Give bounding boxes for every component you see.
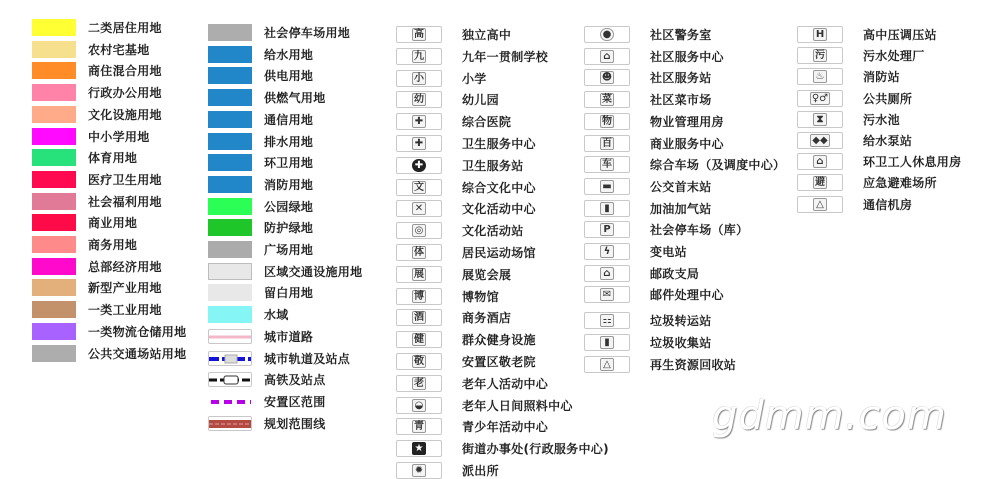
sports-venue-icon: 体 [412, 246, 426, 259]
color-swatch [32, 19, 76, 36]
color-swatch [32, 258, 76, 275]
legend-item: 车综合车场（及调度中心） [584, 154, 785, 174]
legend-label: 卫生服务站 [462, 157, 524, 174]
community-service-center-icon-box: ⌂ [584, 48, 630, 65]
legend-item: 博博物馆 [396, 286, 499, 306]
waste-collection-icon: ▮ [600, 336, 614, 349]
legend-label: 消防用地 [264, 176, 313, 193]
legend-label: 小学 [462, 70, 487, 87]
commercial-service-icon-box: 百 [584, 135, 630, 152]
nursing-home-icon: 敬 [412, 355, 426, 368]
legend-label: 中小学用地 [88, 128, 150, 145]
color-swatch [208, 198, 252, 215]
legend-label: 商业服务中心 [650, 135, 724, 152]
legend-item: ★街道办事处(行政服务中心) [396, 438, 609, 458]
legend-label: 老年人活动中心 [462, 375, 548, 392]
bus-depot-icon-box: 车 [584, 156, 630, 173]
legend-item: 商住混合用地 [32, 60, 162, 80]
legend-label: 再生资源回收站 [650, 356, 736, 373]
color-swatch [208, 24, 252, 41]
legend-label: 应急避难场所 [863, 174, 937, 191]
water-pump-icon-box: ◆◆ [797, 132, 843, 149]
elderly-daycare-icon: ◒ [412, 399, 426, 412]
legend-label: 垃圾转运站 [650, 312, 712, 329]
sewage-pool-icon: ⧗ [813, 113, 827, 126]
legend-item: ◎文化活动站 [396, 220, 524, 240]
legend-item: 消防用地 [208, 174, 313, 194]
legend-label: 文化活动站 [462, 222, 524, 239]
color-swatch [32, 214, 76, 231]
legend-item: 城市道路 [208, 326, 313, 346]
pressure-station-icon: H [813, 28, 827, 41]
legend-item: 社会福利用地 [32, 191, 162, 211]
legend-item: 总部经济用地 [32, 256, 162, 276]
legend-label: 二类居住用地 [88, 19, 162, 36]
legend-item: 体育用地 [32, 147, 137, 167]
community-service-station-icon: ☻ [600, 71, 614, 84]
legend-item: 幼幼儿园 [396, 89, 499, 109]
legend-label: 综合医院 [462, 113, 511, 130]
community-service-center-icon: ⌂ [600, 50, 614, 63]
legend-item: △通信机房 [797, 194, 912, 214]
color-swatch [32, 41, 76, 58]
legend-label: 公园绿地 [264, 198, 313, 215]
telecom-room-icon-box: △ [797, 196, 843, 213]
color-swatch [32, 193, 76, 210]
waste-collection-icon-box: ▮ [584, 334, 630, 351]
hospital-icon-box: ✚ [396, 113, 442, 130]
elderly-daycare-icon-box: ◒ [396, 397, 442, 414]
legend-label: 环卫工人休息用房 [863, 153, 961, 170]
legend-item: 一类物流仓储用地 [32, 321, 186, 341]
legend-item: 污污水处理厂 [797, 45, 925, 65]
legend-item: ϟ变电站 [584, 241, 687, 261]
health-center-icon: ✚ [412, 137, 426, 150]
color-swatch [208, 176, 252, 193]
legend-item: ▬公交首末站 [584, 176, 712, 196]
sub-district-office-icon: ★ [412, 442, 426, 455]
community-police-icon: ● [600, 28, 614, 41]
legend-item: 新型产业用地 [32, 277, 162, 297]
legend-label: 规划范围线 [264, 415, 326, 432]
legend-label: 消防站 [863, 68, 900, 85]
sewage-pool-icon-box: ⧗ [797, 111, 843, 128]
color-swatch [32, 149, 76, 166]
legend-item: 九九年一贯制学校 [396, 46, 548, 66]
emergency-shelter-icon-box: 避 [797, 174, 843, 191]
legend-label: 综合车场（及调度中心） [650, 156, 785, 173]
legend-label: 行政办公用地 [88, 84, 162, 101]
legend-label: 社会停车场（库） [650, 221, 748, 238]
toilet-icon-box: ♀♂ [797, 90, 843, 107]
legend-label: 给水用地 [264, 46, 313, 63]
legend-label: 一类工业用地 [88, 301, 162, 318]
cultural-activity-station-icon-box: ◎ [396, 222, 442, 239]
legend-item: 物物业管理用房 [584, 111, 724, 131]
legend-item: 文综合文化中心 [396, 177, 536, 197]
recycling-icon: △ [600, 358, 614, 371]
color-swatch [32, 62, 76, 79]
legend-label: 社区警务室 [650, 26, 712, 43]
legend-label: 社区菜市场 [650, 91, 712, 108]
elderly-activity-icon-box: 老 [396, 375, 442, 392]
legend-item: 水域 [208, 304, 289, 324]
legend-label: 派出所 [462, 462, 499, 479]
legend-label: 变电站 [650, 243, 687, 260]
legend-label: 商业用地 [88, 214, 137, 231]
cultural-activity-center-icon-box: ✕ [396, 200, 442, 217]
mail-center-icon-box: ✉ [584, 286, 630, 303]
culture-center-icon: 文 [412, 181, 426, 194]
legend-item: 酒商务酒店 [396, 307, 511, 327]
legend-label: 一类物流仓储用地 [88, 323, 186, 340]
legend-label: 通信机房 [863, 196, 912, 213]
legend-label: 通信用地 [264, 111, 313, 128]
legend-item: ✉邮件处理中心 [584, 284, 724, 304]
recycling-icon-box: △ [584, 356, 630, 373]
legend-label: 居民运动场馆 [462, 244, 536, 261]
fire-station-icon: ♨ [813, 70, 827, 83]
legend-label: 水域 [264, 306, 289, 323]
rail-line-icon [208, 372, 252, 387]
commercial-service-icon: 百 [600, 137, 614, 150]
sports-venue-icon-box: 体 [396, 244, 442, 261]
legend-item: ●社区警务室 [584, 24, 712, 44]
primary-school-icon: 小 [412, 72, 426, 85]
color-swatch [32, 279, 76, 296]
color-swatch [32, 171, 76, 188]
emergency-shelter-icon: 避 [813, 176, 827, 189]
legend-item: ✚卫生服务中心 [396, 133, 536, 153]
legend-item: 展展览会展 [396, 264, 511, 284]
substation-icon-box: ϟ [584, 243, 630, 260]
legend-label: 九年一贯制学校 [462, 48, 548, 65]
nine-year-school-icon-box: 九 [396, 48, 442, 65]
toilet-icon: ♀♂ [810, 92, 830, 105]
health-center-icon-box: ✚ [396, 135, 442, 152]
legend-item: 排水用地 [208, 131, 313, 151]
legend-label: 邮件处理中心 [650, 286, 724, 303]
legend-item: 健群众健身设施 [396, 329, 536, 349]
parking-icon-box: P [584, 221, 630, 238]
legend-item: 通信用地 [208, 109, 313, 129]
market-icon-box: 菜 [584, 91, 630, 108]
museum-icon: 博 [412, 290, 426, 303]
legend-label: 医疗卫生用地 [88, 171, 162, 188]
mail-center-icon: ✉ [600, 288, 614, 301]
color-swatch [208, 67, 252, 84]
legend-item: ✚卫生服务站 [396, 155, 524, 175]
legend-item: 商务用地 [32, 234, 137, 254]
legend-item: 青青少年活动中心 [396, 416, 548, 436]
waste-transfer-icon: ⚏ [600, 314, 614, 327]
legend-item: 商业用地 [32, 212, 137, 232]
legend-item: 医疗卫生用地 [32, 169, 162, 189]
youth-center-icon: 青 [412, 420, 426, 433]
legend-item: 城市轨道及站点 [208, 348, 350, 368]
kindergarten-icon-box: 幼 [396, 91, 442, 108]
nursing-home-icon-box: 敬 [396, 353, 442, 370]
sub-district-office-icon-box: ★ [396, 440, 442, 457]
legend-item: P社会停车场（库） [584, 219, 748, 239]
legend-item: 高独立高中 [396, 24, 511, 44]
hotel-icon: 酒 [412, 311, 426, 324]
dashed-line-icon [208, 394, 252, 409]
legend-label: 商务用地 [88, 236, 137, 253]
museum-icon-box: 博 [396, 288, 442, 305]
property-management-icon: 物 [600, 115, 614, 128]
exhibition-icon-box: 展 [396, 266, 442, 283]
fitness-icon-box: 健 [396, 331, 442, 348]
color-swatch [32, 323, 76, 340]
sanitation-rest-icon: ⌂ [813, 155, 827, 168]
elderly-activity-icon: 老 [412, 377, 426, 390]
kindergarten-icon: 幼 [412, 93, 426, 106]
high-school-icon-box: 高 [396, 26, 442, 43]
fire-station-icon-box: ♨ [797, 68, 843, 85]
legend-label: 群众健身设施 [462, 331, 536, 348]
legend-label: 供电用地 [264, 67, 313, 84]
legend-item: ◆◆给水泵站 [797, 130, 912, 150]
legend-item: 敬安置区敬老院 [396, 351, 536, 371]
post-office-icon: ⌂ [600, 267, 614, 280]
legend-label: 物业管理用房 [650, 113, 724, 130]
legend-label: 排水用地 [264, 133, 313, 150]
legend-label: 农村宅基地 [88, 41, 150, 58]
legend-item: 老老年人活动中心 [396, 373, 548, 393]
legend-label: 体育用地 [88, 149, 137, 166]
legend-label: 公共交通场站用地 [88, 345, 186, 362]
legend-label: 卫生服务中心 [462, 135, 536, 152]
legend-item: ✚综合医院 [396, 111, 511, 131]
legend-item: H高中压调压站 [797, 24, 937, 44]
legend-item: 公共交通场站用地 [32, 343, 186, 363]
legend-item: 避应急避难场所 [797, 172, 937, 192]
legend-label: 展览会展 [462, 266, 511, 283]
legend-item: 供电用地 [208, 65, 313, 85]
legend-item: ✹派出所 [396, 460, 499, 479]
legend-item: 一类工业用地 [32, 299, 162, 319]
color-swatch [208, 133, 252, 150]
legend-label: 文化设施用地 [88, 106, 162, 123]
legend-item: 二类居住用地 [32, 17, 162, 37]
high-school-icon: 高 [412, 28, 426, 41]
legend-label: 街道办事处(行政服务中心) [462, 440, 609, 457]
legend-label: 防护绿地 [264, 219, 313, 236]
market-icon: 菜 [600, 93, 614, 106]
legend-item: 广场用地 [208, 239, 313, 259]
legend-item: 高铁及站点 [208, 369, 326, 389]
police-station-icon: ✹ [412, 464, 426, 477]
color-swatch [208, 306, 252, 323]
legend-label: 广场用地 [264, 241, 313, 258]
waste-transfer-icon-box: ⚏ [584, 312, 630, 329]
color-swatch [32, 301, 76, 318]
legend-label: 社会福利用地 [88, 193, 162, 210]
legend-item: △再生资源回收站 [584, 354, 736, 374]
bus-terminal-icon-box: ▬ [584, 178, 630, 195]
telecom-room-icon: △ [813, 198, 827, 211]
legend-item: 区域交通设施用地 [208, 261, 362, 281]
color-swatch [208, 263, 252, 280]
bus-terminal-icon: ▬ [600, 180, 614, 193]
legend-item: 百商业服务中心 [584, 133, 724, 153]
cultural-activity-station-icon: ◎ [412, 224, 426, 237]
legend-label: 幼儿园 [462, 91, 499, 108]
nine-year-school-icon: 九 [412, 50, 426, 63]
hotel-icon-box: 酒 [396, 309, 442, 326]
legend-item: ▮加油加气站 [584, 198, 712, 218]
legend-item: ⧗污水池 [797, 109, 900, 129]
boundary-line-icon [208, 416, 252, 431]
sanitation-rest-icon-box: ⌂ [797, 153, 843, 170]
sewage-plant-icon: 污 [813, 49, 827, 62]
pressure-station-icon-box: H [797, 26, 843, 43]
legend-label: 公交首末站 [650, 178, 712, 195]
legend-label: 总部经济用地 [88, 258, 162, 275]
cultural-activity-center-icon: ✕ [412, 202, 426, 215]
legend-label: 商务酒店 [462, 309, 511, 326]
legend-item: 防护绿地 [208, 217, 313, 237]
gas-station-icon-box: ▮ [584, 200, 630, 217]
water-pump-icon: ◆◆ [810, 134, 829, 147]
legend-label: 垃圾收集站 [650, 334, 712, 351]
color-swatch [32, 106, 76, 123]
legend-label: 综合文化中心 [462, 179, 536, 196]
culture-center-icon-box: 文 [396, 179, 442, 196]
legend-label: 城市道路 [264, 328, 313, 345]
legend-item: ✕文化活动中心 [396, 198, 536, 218]
hospital-icon: ✚ [412, 115, 426, 128]
legend-item: 菜社区菜市场 [584, 89, 712, 109]
legend-item: ▮垃圾收集站 [584, 332, 712, 352]
legend-item: 安置区范围 [208, 391, 326, 411]
legend-item: 公园绿地 [208, 196, 313, 216]
legend-label: 高铁及站点 [264, 371, 326, 388]
metro-line-icon [208, 351, 252, 366]
legend-item: 文化设施用地 [32, 104, 162, 124]
legend-item: ☻社区服务站 [584, 67, 712, 87]
legend-item: 供燃气用地 [208, 87, 326, 107]
legend-label: 文化活动中心 [462, 200, 536, 217]
legend-label: 安置区敬老院 [462, 353, 536, 370]
legend-item: 小小学 [396, 68, 487, 88]
bus-depot-icon: 车 [600, 158, 614, 171]
legend-label: 社区服务站 [650, 69, 712, 86]
color-swatch [208, 89, 252, 106]
color-swatch [208, 241, 252, 258]
color-swatch [208, 284, 252, 301]
legend-item: ♨消防站 [797, 66, 900, 86]
color-swatch [208, 46, 252, 63]
legend-label: 独立高中 [462, 26, 511, 43]
legend-item: 环卫用地 [208, 152, 313, 172]
road-line-icon [208, 329, 252, 344]
property-management-icon-box: 物 [584, 113, 630, 130]
legend-item: ⌂邮政支局 [584, 263, 699, 283]
legend-item: ♀♂公共厕所 [797, 88, 912, 108]
health-station-icon-box: ✚ [396, 157, 442, 174]
legend-label: 污水处理厂 [863, 47, 925, 64]
legend-label: 区域交通设施用地 [264, 263, 362, 280]
legend-item: 留白用地 [208, 282, 313, 302]
legend-label: 供燃气用地 [264, 89, 326, 106]
legend-item: 中小学用地 [32, 126, 150, 146]
parking-icon: P [600, 223, 614, 236]
legend-item: 农村宅基地 [32, 39, 150, 59]
legend-label: 商住混合用地 [88, 62, 162, 79]
legend-item: 给水用地 [208, 44, 313, 64]
color-swatch [32, 84, 76, 101]
legend-item: 体居民运动场馆 [396, 242, 536, 262]
legend-item: 行政办公用地 [32, 82, 162, 102]
legend-item: ⌂社区服务中心 [584, 46, 724, 66]
legend-label: 社会停车场用地 [264, 24, 350, 41]
color-swatch [32, 345, 76, 362]
legend-label: 新型产业用地 [88, 279, 162, 296]
legend-label: 老年人日间照料中心 [462, 397, 573, 414]
color-swatch [32, 236, 76, 253]
legend-label: 环卫用地 [264, 154, 313, 171]
color-swatch [208, 219, 252, 236]
fitness-icon: 健 [412, 333, 426, 346]
health-station-icon: ✚ [412, 159, 426, 172]
legend-label: 公共厕所 [863, 90, 912, 107]
gas-station-icon: ▮ [600, 202, 614, 215]
legend-label: 给水泵站 [863, 132, 912, 149]
substation-icon: ϟ [600, 245, 614, 258]
legend-label: 城市轨道及站点 [264, 350, 350, 367]
police-station-icon-box: ✹ [396, 462, 442, 479]
legend-item: ◒老年人日间照料中心 [396, 395, 573, 415]
legend-item: 社会停车场用地 [208, 22, 350, 42]
post-office-icon-box: ⌂ [584, 265, 630, 282]
color-swatch [208, 154, 252, 171]
legend-label: 高中压调压站 [863, 26, 937, 43]
legend-label: 安置区范围 [264, 393, 326, 410]
color-swatch [208, 111, 252, 128]
exhibition-icon: 展 [412, 268, 426, 281]
legend-item: ⚏垃圾转运站 [584, 310, 712, 330]
watermark: gdmm.com [712, 393, 947, 439]
primary-school-icon-box: 小 [396, 70, 442, 87]
sewage-plant-icon-box: 污 [797, 47, 843, 64]
legend-item: 规划范围线 [208, 413, 326, 433]
legend-label: 加油加气站 [650, 200, 712, 217]
legend-item: ⌂环卫工人休息用房 [797, 151, 961, 171]
legend-label: 邮政支局 [650, 265, 699, 282]
color-swatch [32, 128, 76, 145]
legend-label: 青少年活动中心 [462, 418, 548, 435]
legend-label: 博物馆 [462, 288, 499, 305]
legend-label: 污水池 [863, 111, 900, 128]
community-police-icon-box: ● [584, 26, 630, 43]
youth-center-icon-box: 青 [396, 418, 442, 435]
legend-label: 留白用地 [264, 284, 313, 301]
community-service-station-icon-box: ☻ [584, 69, 630, 86]
legend-label: 社区服务中心 [650, 48, 724, 65]
